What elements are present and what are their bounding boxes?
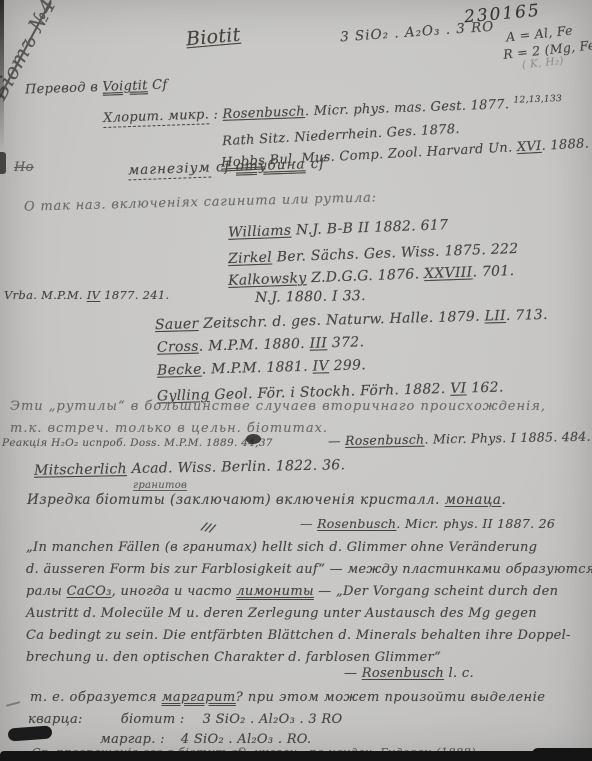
williams-rest: N.J. B-B II 1882. 617 <box>291 217 449 238</box>
ros1887-rest: . Micr. phys. II 1887. 26 <box>396 516 555 531</box>
german-l3c: — „Der Vorgang scheint durch den <box>314 584 558 599</box>
roslc-dash: — <box>344 666 362 681</box>
ref-williams: Williams N.J. B-B II 1882. 617 <box>228 217 449 241</box>
kalkowsky-author: Kalkowsky <box>228 270 307 289</box>
hobbs-vol: XVI <box>517 139 542 155</box>
ros1885-rest: . Micr. Phys. I 1885. 484. <box>424 429 591 447</box>
ref-zirkel: Zirkel Ber. Sächs. Ges. Wiss. 1875. 222 <box>228 241 519 267</box>
manuscript-page: Біотъ №4 230165 Biotit 3 SiO₂ . A₂O₃ . 3… <box>0 0 592 761</box>
ref-kalkowsky: Kalkowsky Z.D.G.G. 1876. XXVIII. 701. <box>228 263 515 289</box>
williams-author: Williams <box>228 223 292 241</box>
perevod-term: Voigtit <box>102 78 148 95</box>
ref-mitscherlich: Mitscherlich Acad. Wiss. Berlin. 1822. 3… <box>34 457 346 478</box>
sauer-mid: Zeitschr. d. ges. Naturw. Halle. 1879. <box>198 309 485 332</box>
cross-tail: 372. <box>327 334 365 351</box>
ros1885-author: Rosenbusch <box>345 432 425 448</box>
margarit-post: ? при этом может произойти выделеніе <box>236 690 546 705</box>
biotit-label: біотит : <box>121 712 185 727</box>
becke-tail: 299. <box>329 357 367 374</box>
sauer-tail: . 713. <box>506 307 548 324</box>
otubina-word: отубина <box>236 156 306 174</box>
ink-blob <box>8 725 53 741</box>
kalkowsky-tail: . 701. <box>472 263 514 280</box>
line-margarit: т. е. образуется маргарит? при этом може… <box>30 690 545 705</box>
ref-sauer: Sauer Zeitschr. d. ges. Naturw. Halle. 1… <box>155 307 548 333</box>
sauer-vol: LII <box>484 308 506 325</box>
perevod-pre: Перевод в <box>25 80 103 98</box>
sauer-author: Sauer <box>155 316 199 333</box>
ros1885-dash: — <box>328 433 345 448</box>
roslc-rest: l. c. <box>444 666 474 681</box>
magnesium-cf1: cf <box>210 159 236 176</box>
margin-ref-vrba: Vrba. M.P.M. IV 1877. 241. <box>4 288 169 302</box>
para-rutil-line2: т.к. встреч. только в цельн. біотитах. <box>10 421 328 436</box>
vrba-pre: Vrba. M.P.M. <box>4 288 87 302</box>
scan-edge-left <box>0 0 4 150</box>
monaz-term: монаца <box>445 492 502 508</box>
line-rutil-intro: О так наз. включеніях сагинита или рутил… <box>24 190 377 214</box>
ink-mark: /// <box>201 520 217 536</box>
kalkowsky-vol: XXVIII <box>424 264 473 282</box>
line-monaz: Изредка біотиты (заключают) включенія кр… <box>27 492 506 508</box>
mikr-rest: . Micr. phys. mas. Gest. 1877. <box>305 97 514 119</box>
mikr-pages: 12,13,133 <box>513 94 562 106</box>
hobbs-tail: . 1888. <box>541 136 589 153</box>
ref-rosenbusch-1885: — Rosenbusch. Micr. Phys. I 1885. 484. <box>328 429 591 449</box>
vrba-vol: IV <box>87 288 100 302</box>
margin-note-no: Но <box>14 160 34 175</box>
german-l3b: , иногда и часто <box>112 584 237 599</box>
becke-author: Becke <box>157 362 202 379</box>
becke-vol: IV <box>312 358 329 374</box>
german-line6: brechung u. den optischen Charakter d. f… <box>26 650 441 665</box>
line-perevod: Перевод в Voigtit Cf <box>25 78 168 98</box>
ros1887-dash: — <box>300 516 317 531</box>
ref-rosenbusch-lc: — Rosenbusch l. c. <box>344 666 474 681</box>
line-mikr: Хлорит. микр. : Rosenbusch. Micr. phys. … <box>103 94 563 126</box>
page-title: Biotit <box>185 24 241 51</box>
margarit-pre: т. е. образуется <box>30 690 162 705</box>
vrba-tail: 1877. 241. <box>100 288 169 302</box>
ref-becke: Becke. M.P.M. 1881. IV 299. <box>157 357 366 378</box>
monaz-pre: Изредка біотиты (заключают) включенія кр… <box>27 492 445 508</box>
kvartsa-label: кварца: <box>28 712 83 727</box>
cross-mid: . M.P.M. 1880. <box>199 336 310 355</box>
ink-smudge <box>246 434 261 444</box>
german-line4: Austritt d. Molecüle M u. deren Zerlegun… <box>26 606 537 621</box>
kalkowsky-mid: Z.D.G.G. 1876. <box>306 266 424 286</box>
gylling-tail: 162. <box>466 379 504 396</box>
zirkel-author: Zirkel <box>228 250 272 268</box>
roslc-author: Rosenbusch <box>362 666 444 681</box>
line-formula-biotit: кварца:біотит :3 SiO₂ . Al₂O₃ . 3 RO <box>28 712 342 727</box>
ref-nj: N.J. 1880. I 33. <box>255 288 366 306</box>
scan-edge-bottom <box>0 751 592 761</box>
margin-dash-mark <box>6 701 20 707</box>
mikr-colon: : <box>209 107 223 122</box>
chem-formula-top: 3 SiO₂ . A₂O₃ . 3 RO <box>340 19 495 46</box>
german-line2: d. äusseren Form bis zur Farblosigkeit a… <box>26 562 592 577</box>
monaz-post: . <box>501 492 506 508</box>
margin-note-h2o2: Реакція H₂O₂ испроб. Doss. M.P.M. 1889. … <box>2 437 273 449</box>
german-line5: Ca bedingt zu sein. Die entfärbten Blätt… <box>26 628 571 643</box>
cross-author: Cross <box>157 339 199 356</box>
zirkel-rest: Ber. Sächs. Ges. Wiss. 1875. 222 <box>272 241 519 266</box>
german-line3: ралы CaCO₃, иногда и часто лимониты — „D… <box>26 584 558 599</box>
magnesium-cf2: cf <box>305 156 325 173</box>
ros1887-author: Rosenbusch <box>317 516 396 531</box>
biotit-formula: 3 SiO₂ . Al₂O₃ . 3 RO <box>203 712 343 727</box>
ref-rosenbusch-1887: — Rosenbusch. Micr. phys. II 1887. 26 <box>300 516 555 531</box>
perevod-post: Cf <box>147 78 167 94</box>
becke-mid: . M.P.M. 1881. <box>201 359 312 378</box>
caco3-term: CaCO₃ <box>67 584 112 599</box>
german-line1: „In manchen Fällen (в гранитах) hellt si… <box>26 540 537 555</box>
ref-cross: Cross. M.P.M. 1880. III 372. <box>157 334 365 355</box>
scan-edge-bottom-right <box>532 748 592 761</box>
scan-edge-left-nub <box>0 152 6 174</box>
margarit-term: маргарит <box>162 690 236 705</box>
para-rutil-line1: Эти „рутилы“ в большинстве случаев втори… <box>10 399 546 414</box>
limonit-term: лимониты <box>236 584 314 599</box>
mitscherlich-author: Mitscherlich <box>34 461 127 479</box>
mikr-author: Rosenbusch <box>222 104 305 122</box>
magnesium-word: магнезіум <box>128 160 211 181</box>
gylling-vol: VI <box>450 380 467 396</box>
cross-vol: III <box>309 335 327 351</box>
superscript-granitov: гранитов <box>133 480 187 491</box>
german-l3a: ралы <box>26 584 67 599</box>
mikr-label: Хлорит. микр. <box>103 108 209 129</box>
line-magnesium: магнезіум cf отубина cf <box>128 156 326 179</box>
mitscherlich-rest: Acad. Wiss. Berlin. 1822. 36. <box>127 457 346 477</box>
